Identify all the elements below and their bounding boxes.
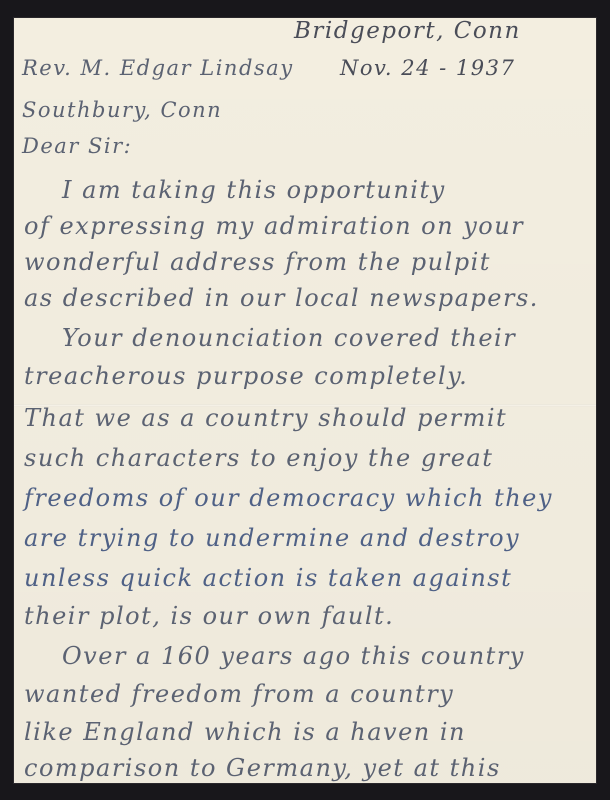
- scan-frame: Bridgeport, Conn Nov. 24 - 1937 Rev. M. …: [0, 0, 610, 800]
- letter-date: Nov. 24 - 1937: [340, 58, 515, 79]
- body-line: wanted freedom from a country: [24, 682, 454, 706]
- recipient-address: Southbury, Conn: [22, 100, 222, 121]
- body-line: like England which is a haven in: [24, 720, 466, 744]
- body-line: their plot, is our own fault.: [24, 604, 394, 628]
- recipient-name: Rev. M. Edgar Lindsay: [22, 58, 294, 79]
- body-line: That we as a country should permit: [24, 406, 507, 430]
- salutation: Dear Sir:: [22, 136, 132, 157]
- letter-place: Bridgeport, Conn: [294, 20, 521, 43]
- body-line: as described in our local newspapers.: [24, 286, 539, 310]
- body-line: Your denounciation covered their: [62, 326, 516, 350]
- body-line: of expressing my admiration on your: [24, 214, 524, 238]
- body-line: unless quick action is taken against: [24, 566, 512, 590]
- letter-page: Bridgeport, Conn Nov. 24 - 1937 Rev. M. …: [14, 18, 596, 783]
- body-line: such characters to enjoy the great: [24, 446, 493, 470]
- body-line: freedoms of our democracy which they: [24, 486, 553, 510]
- body-line: Over a 160 years ago this country: [62, 644, 525, 668]
- body-line: are trying to undermine and destroy: [24, 526, 520, 550]
- body-line: comparison to Germany, yet at this: [24, 756, 501, 780]
- body-line: wonderful address from the pulpit: [24, 250, 491, 274]
- body-line: I am taking this opportunity: [62, 178, 446, 202]
- body-line: treacherous purpose completely.: [24, 364, 468, 388]
